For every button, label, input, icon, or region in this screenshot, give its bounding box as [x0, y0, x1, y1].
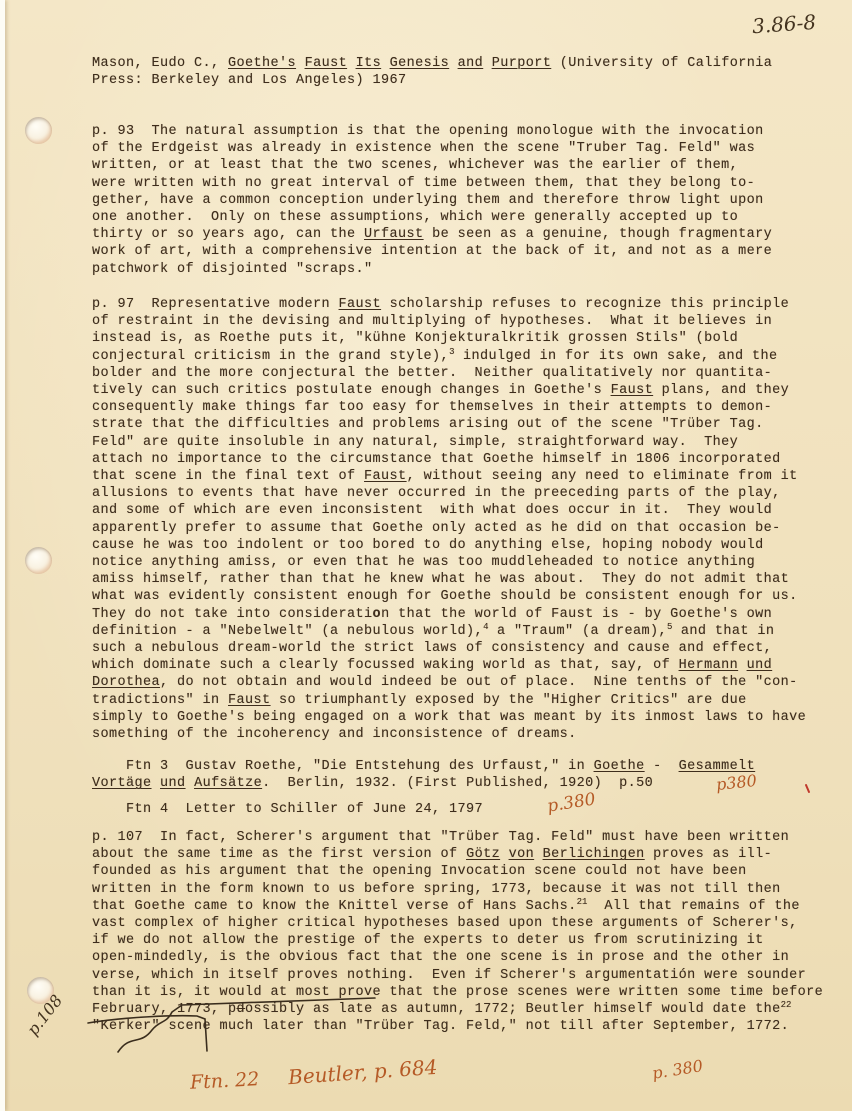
text-line: verse, which in itself proves nothing. E… — [92, 967, 837, 984]
text-line: were written with no great interval of t… — [92, 175, 837, 192]
text-line: thirty or so years ago, can the Urfaust … — [92, 226, 837, 243]
text-line: what was evidently consistent enough for… — [92, 588, 837, 605]
text-line: Ftn 3 Gustav Roethe, "Die Entstehung des… — [92, 758, 837, 775]
text-line: attach no importance to the circumstance… — [92, 451, 837, 468]
text-line: of restraint in the devising and multipl… — [92, 313, 837, 330]
text-line: simply to Goethe's being engaged on a wo… — [92, 709, 837, 726]
handwritten-ftn22-note: Ftn. 22 — [189, 1068, 259, 1094]
text-line: amiss himself, rather than that he knew … — [92, 571, 837, 588]
text-line: such a nebulous dream-world the strict l… — [92, 640, 837, 657]
excerpt-p107: p. 107 In fact, Scherer's argument that … — [92, 829, 837, 1035]
text-line: something of the incoherency and inconsi… — [92, 726, 837, 743]
text-line: if we do not allow the prestige of the e… — [92, 932, 837, 949]
text-line: of the Erdgeist was already in existence… — [92, 140, 837, 157]
document-page: 3.86-8 Mason, Eudo C., Goethe's Faust It… — [0, 0, 852, 1111]
text-line: instead is, as Roethe puts it, "kühne Ko… — [92, 330, 837, 347]
excerpt-p93: p. 93 The natural assumption is that the… — [92, 123, 837, 278]
text-line: patchwork of disjointed "scraps." — [92, 261, 837, 278]
text-line: "Kerker" scene much later than "Trüber T… — [92, 1018, 837, 1035]
text-line: Ftn 4 Letter to Schiller of June 24, 179… — [92, 801, 837, 818]
handwritten-catalog-code: 3.86-8 — [751, 10, 817, 38]
handwritten-page-note-bottom: p. 380 — [651, 1056, 704, 1083]
text-line: cause he was too indolent or too bored t… — [92, 537, 837, 554]
text-line: p. 107 In fact, Scherer's argument that … — [92, 829, 837, 846]
text-line: Dorothea, do not obtain and would indeed… — [92, 674, 837, 691]
excerpt-p97: p. 97 Representative modern Faust schola… — [92, 296, 837, 743]
text-line: Feld" are quite insoluble in any natural… — [92, 434, 837, 451]
text-line: about the same time as the first version… — [92, 846, 837, 863]
text-line: apparently prefer to assume that Goethe … — [92, 520, 837, 537]
text-line: and some of which are even inconsistent … — [92, 502, 837, 519]
text-line: conjectural criticism in the grand style… — [92, 348, 837, 365]
footnote-4: Ftn 4 Letter to Schiller of June 24, 179… — [92, 801, 837, 818]
text-line: February, 1773, pdossibly as late as aut… — [92, 1001, 837, 1018]
text-line: Mason, Eudo C., Goethe's Faust Its Genes… — [92, 55, 837, 72]
handwritten-beutler-note: Beutler, p. 684 — [287, 1055, 438, 1089]
text-line: allusions to events that have never occu… — [92, 485, 837, 502]
text-line: which dominate such a clearly focussed w… — [92, 657, 837, 674]
text-line: Press: Berkeley and Los Angeles) 1967 — [92, 72, 837, 89]
text-line: vast complex of higher critical hypothes… — [92, 915, 837, 932]
text-line: consequently make things far too easy fo… — [92, 399, 837, 416]
citation-header: Mason, Eudo C., Goethe's Faust Its Genes… — [92, 55, 837, 89]
text-line: tively can such critics postulate enough… — [92, 382, 837, 399]
text-line: p. 97 Representative modern Faust schola… — [92, 296, 837, 313]
text-line: than it is, it would at most prove that … — [92, 984, 837, 1001]
text-line: bolder and the more conjectural the bett… — [92, 365, 837, 382]
text-line: written, or at least that the two scenes… — [92, 157, 837, 174]
text-line: one another. Only on these assumptions, … — [92, 209, 837, 226]
text-line: work of art, with a comprehensive intent… — [92, 243, 837, 260]
text-line: They do not take into consideration that… — [92, 606, 837, 623]
text-line: gether, have a common conception underly… — [92, 192, 837, 209]
text-line: written in the form known to us before s… — [92, 881, 837, 898]
text-line: p. 93 The natural assumption is that the… — [92, 123, 837, 140]
punch-hole — [25, 117, 52, 144]
text-line: tradictions" in Faust so triumphantly ex… — [92, 692, 837, 709]
text-line: that scene in the final text of Faust, w… — [92, 468, 837, 485]
text-line: open-mindedly, is the obvious fact that … — [92, 949, 837, 966]
text-line: strate that the difficulties and problem… — [92, 416, 837, 433]
text-line: notice anything amiss, or even that he w… — [92, 554, 837, 571]
text-line: that Goethe came to know the Knittel ver… — [92, 898, 837, 915]
text-line: definition - a "Nebelwelt" (a nebulous w… — [92, 623, 837, 640]
scan-edge — [0, 0, 5, 1111]
punch-hole — [25, 547, 52, 574]
text-line: founded as his argument that the opening… — [92, 863, 837, 880]
